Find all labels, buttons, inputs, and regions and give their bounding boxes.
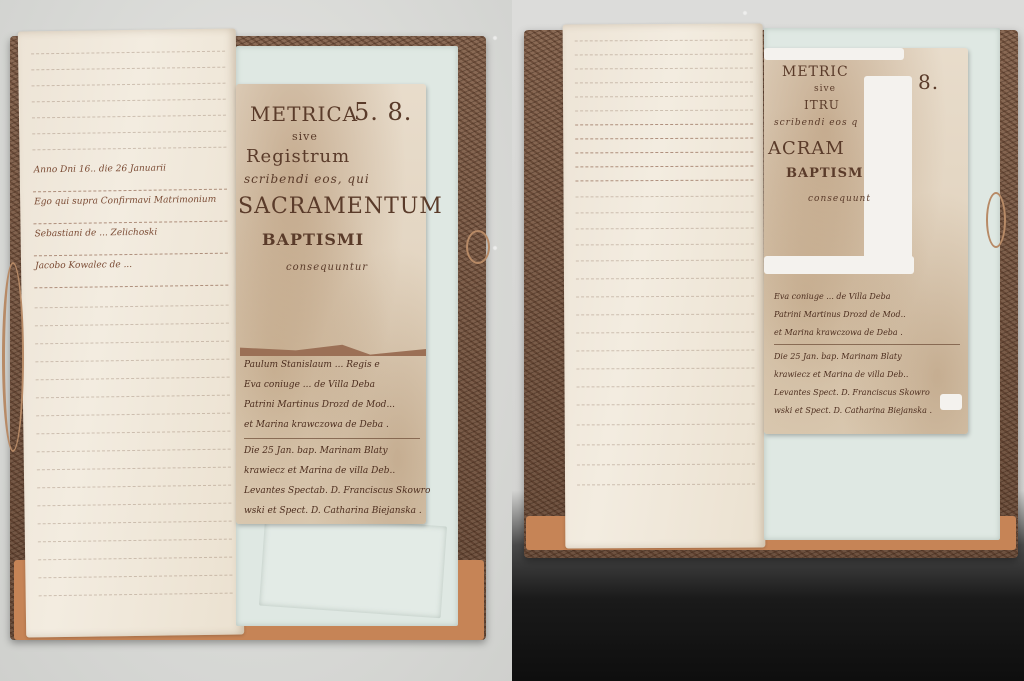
binding-tie-right	[466, 230, 490, 264]
left-page	[563, 23, 766, 548]
left-page: Anno Dni 16.. die 26 Januarii Ego qui su…	[18, 29, 244, 638]
tablecloth-pattern	[492, 35, 498, 41]
tablecloth-pattern	[492, 245, 498, 251]
tablecloth-pattern	[742, 10, 748, 16]
entry-divider	[774, 344, 960, 345]
photo-after-restoration: METRIC 8. sive ITRU scribendi eos q ACRA…	[512, 0, 1024, 681]
handwritten-line: Ego qui supra Confirmavi Matrimonium	[34, 195, 216, 208]
handwritten-line: Jacobo Kowalec de ...	[35, 260, 132, 271]
insert-title: METRICA	[250, 102, 358, 126]
repair-tissue	[764, 256, 914, 274]
insert-number: 8.	[918, 70, 939, 94]
photo-before-restoration: Anno Dni 16.. die 26 Januarii Ego qui su…	[0, 0, 512, 681]
handwritten-line: Anno Dni 16.. die 26 Januarii	[34, 163, 166, 175]
binding-tie-right	[986, 192, 1006, 248]
loose-flyleaf-fragment	[259, 514, 447, 618]
handwritten-line: Sebastiani de ... Zelichoski	[35, 228, 158, 240]
register-insert-restored: METRIC 8. sive ITRU scribendi eos q ACRA…	[764, 48, 968, 434]
binding-tie-left	[2, 262, 24, 452]
repair-tissue	[864, 76, 912, 266]
register-insert: METRICA 5. 8. sive Registrum scribendi e…	[236, 84, 426, 524]
tear-edge	[240, 342, 426, 356]
entry-divider	[244, 438, 420, 439]
repair-tissue	[940, 394, 962, 410]
insert-number: 5. 8.	[354, 98, 412, 126]
repair-tissue	[764, 48, 904, 60]
